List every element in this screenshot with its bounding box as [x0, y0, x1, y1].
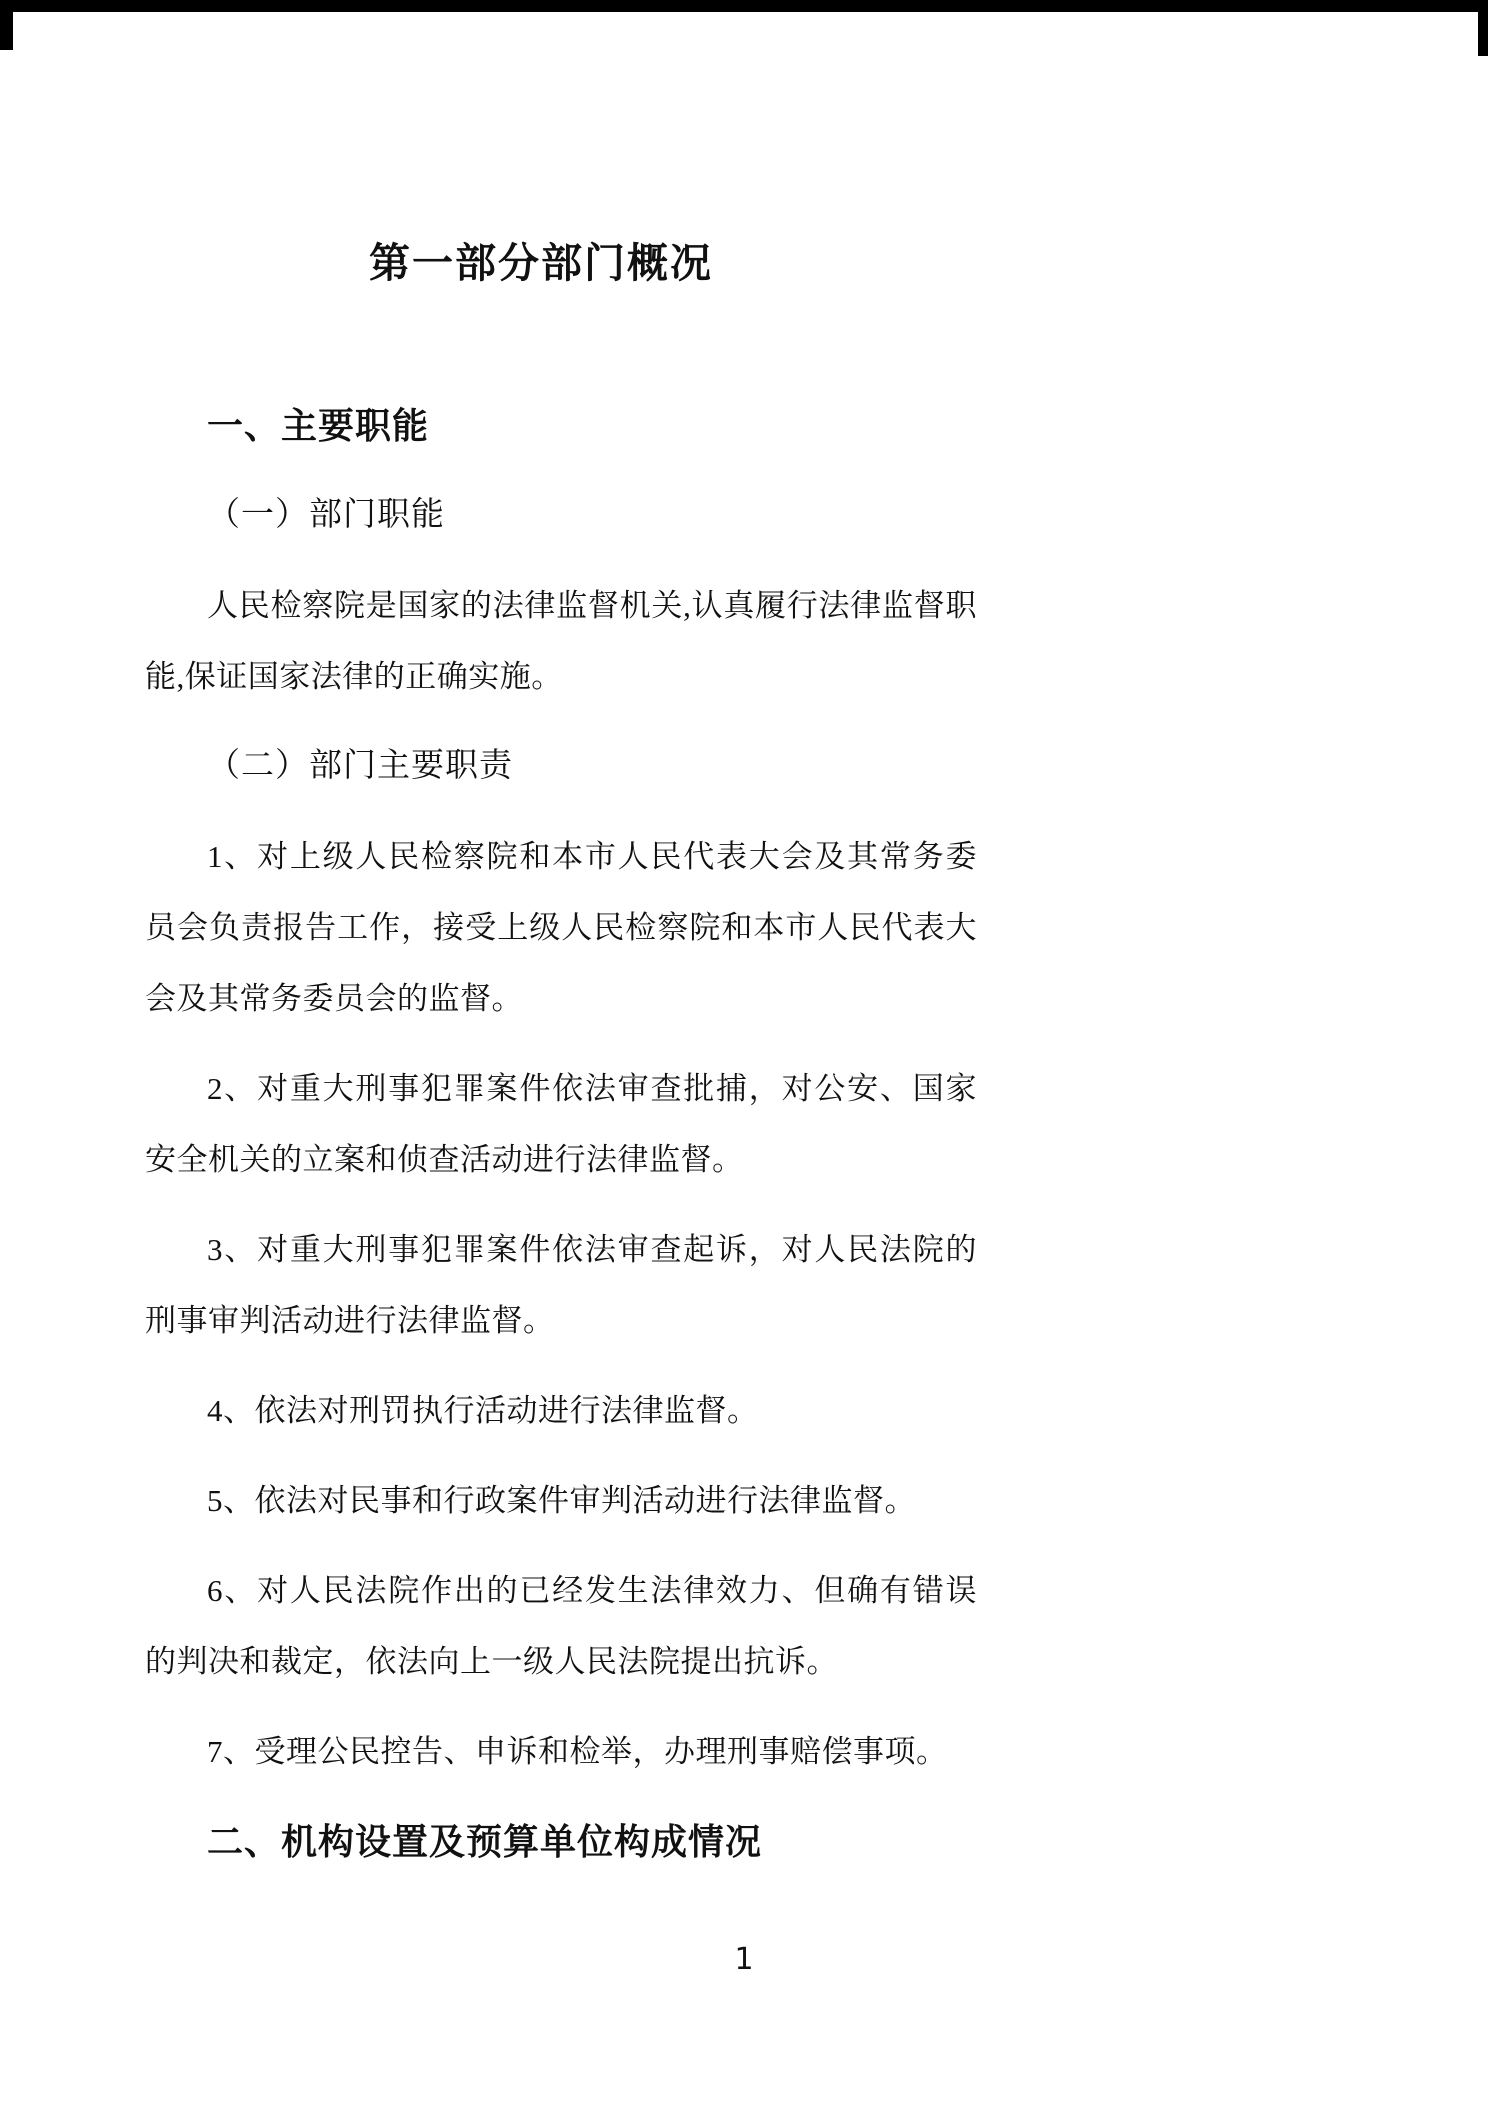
body-paragraph: 4、依法对刑罚执行活动进行法律监督。 — [145, 1375, 977, 1446]
section-heading: 一、主要职能 — [145, 390, 977, 461]
body-paragraph: 1、对上级人民检察院和本市人民代表大会及其常务委员会负责报告工作，接受上级人民检… — [145, 821, 977, 1034]
scan-edge-top-bar — [0, 0, 1488, 12]
section-heading: 二、机构设置及预算单位构成情况 — [145, 1806, 977, 1877]
document-page: 第一部分部门概况 一、主要职能（一）部门职能人民检察院是国家的法律监督机关,认真… — [145, 228, 977, 1896]
body-paragraph: 人民检察院是国家的法律监督机关,认真履行法律监督职能,保证国家法律的正确实施。 — [145, 570, 977, 712]
body-paragraph: 2、对重大刑事犯罪案件依法审查批捕，对公安、国家安全机关的立案和侦查活动进行法律… — [145, 1053, 977, 1195]
document-body: 一、主要职能（一）部门职能人民检察院是国家的法律监督机关,认真履行法律监督职能,… — [145, 390, 977, 1877]
page-number: 1 — [0, 1942, 1488, 1977]
body-paragraph: 6、对人民法院作出的已经发生法律效力、但确有错误的判决和裁定，依法向上一级人民法… — [145, 1555, 977, 1697]
body-paragraph: 7、受理公民控告、申诉和检举，办理刑事赔偿事项。 — [145, 1716, 977, 1787]
scan-edge-right-corner — [1478, 0, 1488, 56]
sub-heading: （一）部门职能 — [145, 480, 977, 551]
sub-heading: （二）部门主要职责 — [145, 731, 977, 802]
body-paragraph: 3、对重大刑事犯罪案件依法审查起诉，对人民法院的刑事审判活动进行法律监督。 — [145, 1214, 977, 1356]
scan-edge-left-corner — [0, 0, 13, 50]
page-title: 第一部分部门概况 — [145, 228, 937, 299]
body-paragraph: 5、依法对民事和行政案件审判活动进行法律监督。 — [145, 1465, 977, 1536]
